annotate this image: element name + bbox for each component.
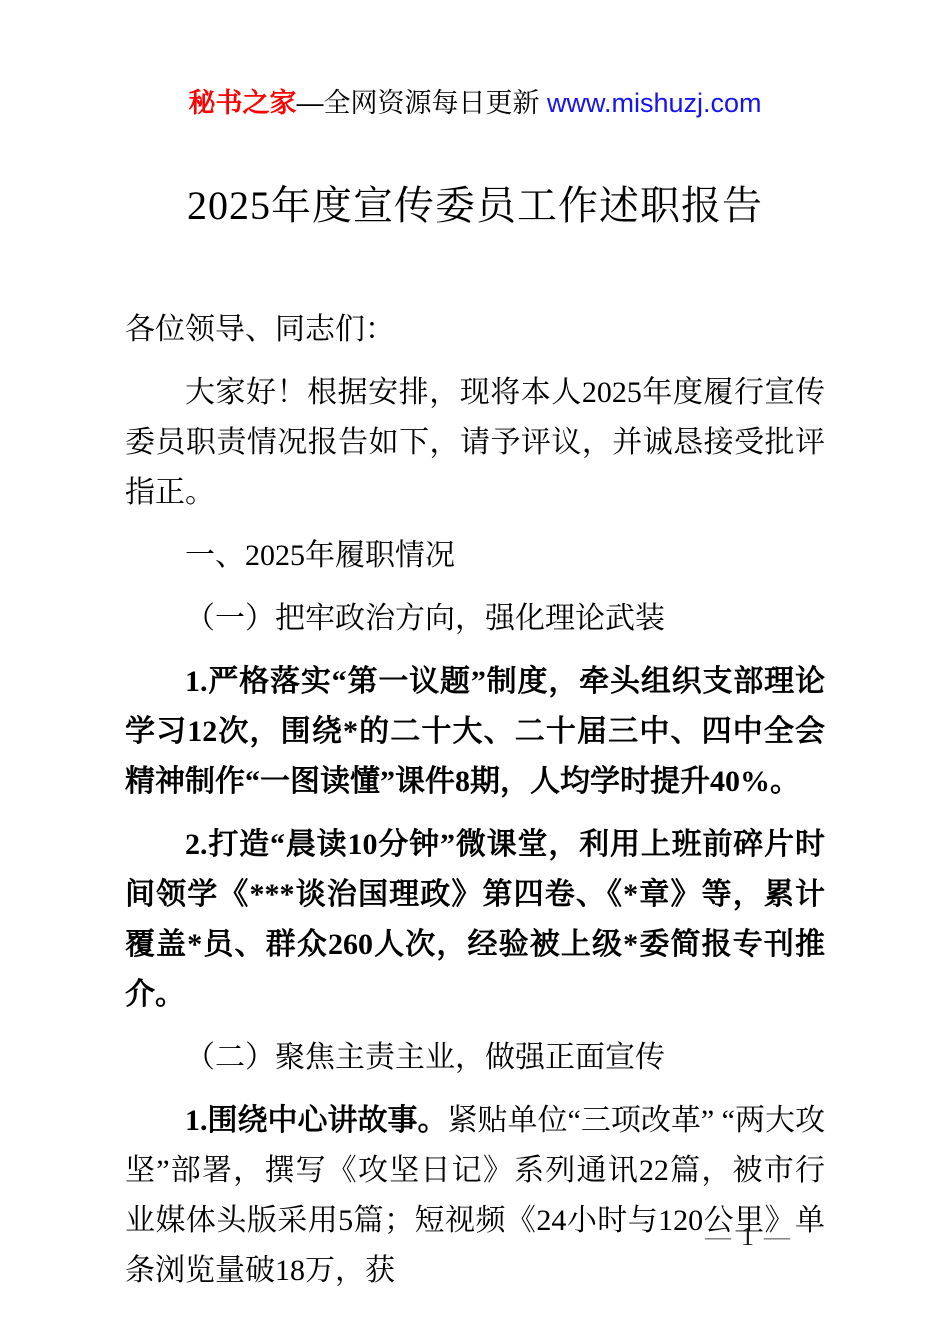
document-page: 秘书之家—全网资源每日更新 www.mishuzj.com 2025年度宣传委员… — [0, 0, 950, 1344]
site-header: 秘书之家—全网资源每日更新 www.mishuzj.com — [0, 0, 950, 120]
document-body: 各位领导、同志们： 大家好！根据安排，现将本人2025年度履行宣传委员职责情况报… — [125, 305, 825, 1296]
page-number-value: 1 — [741, 1222, 754, 1251]
list-item-1: 1.严格落实“第一议题”制度，牵头组织支部理论学习12次，围绕*的二十大、二十届… — [125, 657, 825, 807]
list-item-2: 2.打造“晨读10分钟”微课堂，利用上班前碎片时间领学《***谈治国理政》第四卷… — [125, 820, 825, 1020]
page-number-dash-right: — — [754, 1222, 800, 1251]
salutation-line: 各位领导、同志们： — [125, 305, 825, 355]
opening-paragraph: 大家好！根据安排，现将本人2025年度履行宣传委员职责情况报告如下，请予评议，并… — [125, 368, 825, 518]
page-number: —1— — [695, 1222, 800, 1252]
site-tagline: —全网资源每日更新 — [296, 88, 547, 118]
site-url: www.mishuzj.com — [547, 88, 762, 118]
list-item-3-lead: 1.围绕中心讲故事。 — [185, 1104, 448, 1137]
subsection-heading-1-1: （一）把牢政治方向，强化理论武装 — [125, 594, 825, 644]
site-brand: 秘书之家 — [188, 88, 296, 118]
document-title: 2025年度宣传委员工作述职报告 — [0, 180, 950, 232]
list-item-3: 1.围绕中心讲故事。紧贴单位“三项改革” “两大攻坚”部署，撰写《攻坚日记》系列… — [125, 1096, 825, 1296]
page-number-dash-left: — — [695, 1222, 741, 1251]
section-heading-1: 一、2025年履职情况 — [125, 531, 825, 581]
subsection-heading-1-2: （二）聚焦主责主业，做强正面宣传 — [125, 1033, 825, 1083]
